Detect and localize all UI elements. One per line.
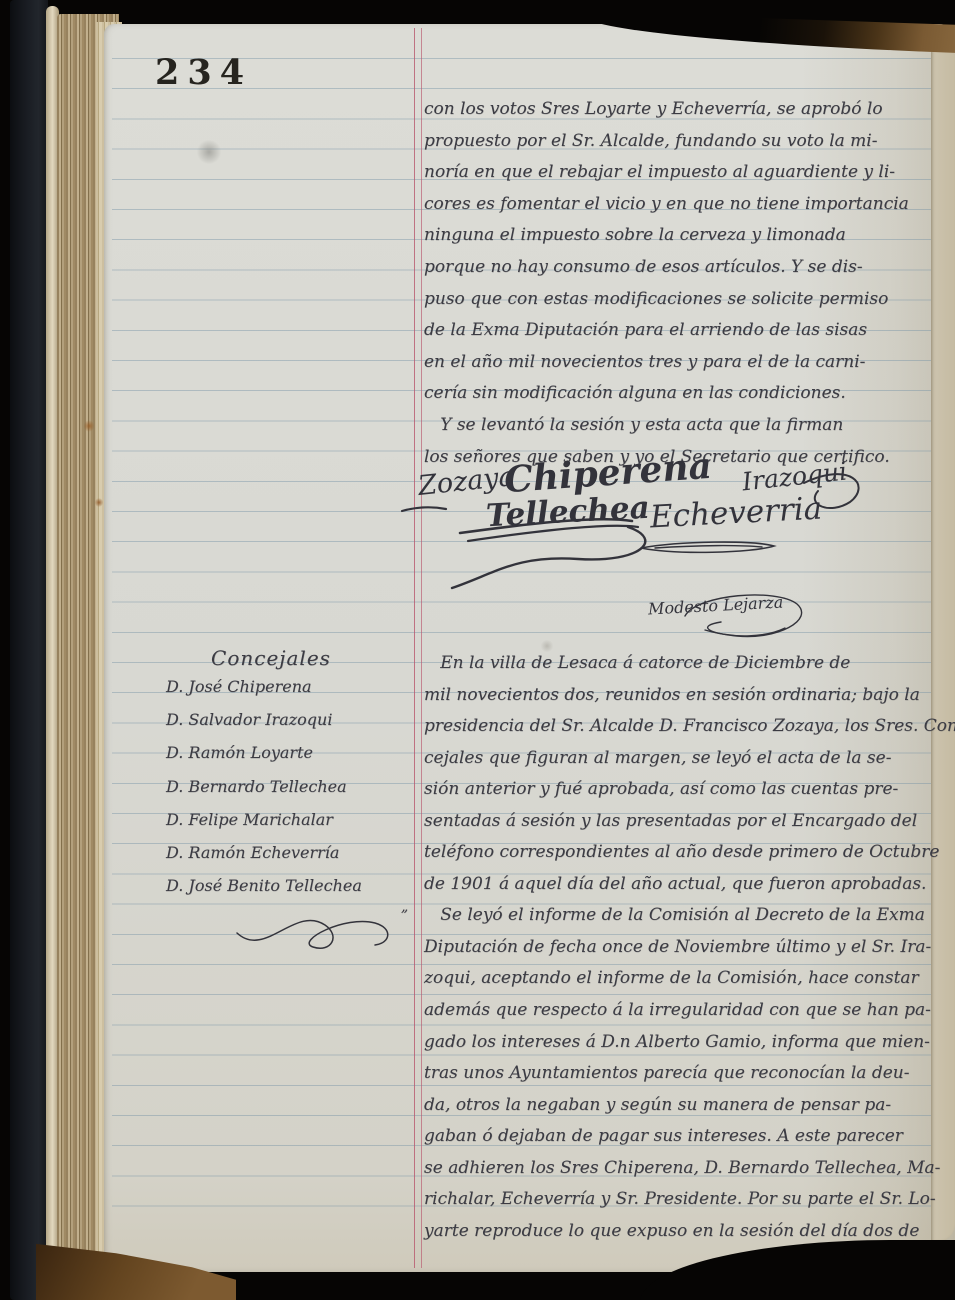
handwritten-line: teléfono correspondientes al año desde p…	[424, 837, 955, 869]
handwritten-line: se adhieren los Sres Chiperena, D. Berna…	[424, 1153, 955, 1185]
act-current-text: En la villa de Lesaca á catorce de Dicie…	[424, 648, 955, 1247]
handwritten-line: ninguna el impuesto sobre la cerveza y l…	[424, 220, 909, 252]
handwritten-line: puso que con estas modificaciones se sol…	[424, 284, 909, 316]
margin-heading: Concejales	[166, 646, 376, 670]
red-margin-rule	[414, 28, 422, 1268]
margin-column: Concejales D. José ChiperenaD. Salvador …	[166, 646, 402, 902]
margin-rubric	[225, 895, 405, 965]
handwritten-line: cores es fomentar el vicio y en que no t…	[424, 189, 909, 221]
handwritten-line: gaban ó dejaban de pagar sus intereses. …	[424, 1121, 955, 1153]
page-number: 234	[155, 52, 252, 93]
handwritten-line: tras unos Ayuntamientos parecía que reco…	[424, 1058, 955, 1090]
council-members-list: D. José ChiperenaD. Salvador IrazoquiD. …	[166, 670, 402, 902]
handwritten-line: propuesto por el Sr. Alcalde, fundando s…	[424, 126, 909, 158]
handwritten-line: con los votos Sres Loyarte y Echeverría,…	[424, 94, 909, 126]
handwritten-line: yarte reproduce lo que expuso en la sesi…	[424, 1216, 955, 1248]
handwritten-line: porque no hay consumo de esos artículos.…	[424, 252, 909, 284]
handwritten-line: presidencia del Sr. Alcalde D. Francisco…	[424, 711, 955, 743]
handwritten-line: da, otros la negaban y según su manera d…	[424, 1090, 955, 1122]
handwritten-line: en el año mil novecientos tres y para el…	[424, 347, 909, 379]
handwritten-line: sión anterior y fué aprobada, así como l…	[424, 774, 955, 806]
book-cover-spine	[10, 0, 48, 1300]
council-member-name: D. Salvador Irazoqui	[166, 703, 402, 736]
foxing-spot	[95, 498, 103, 507]
handwritten-line: cería sin modificación alguna en las con…	[424, 378, 909, 410]
handwritten-line: además que respecto á la irregularidad c…	[424, 995, 955, 1027]
handwritten-line: de 1901 á aquel día del año actual, que …	[424, 869, 955, 901]
handwritten-line: richalar, Echeverría y Sr. Presidente. P…	[424, 1184, 955, 1216]
handwritten-line: sentadas á sesión y las presentadas por …	[424, 806, 955, 838]
handwritten-line: zoqui, aceptando el informe de la Comisi…	[424, 963, 955, 995]
act-previous-text: con los votos Sres Loyarte y Echeverría,…	[424, 94, 909, 473]
handwritten-line: noría en que el rebajar el impuesto al a…	[424, 157, 909, 189]
handwritten-line: cejales que figuran al margen, se leyó e…	[424, 743, 955, 775]
handwritten-line: Y se levantó la sesión y esta acta que l…	[424, 410, 909, 442]
council-member-name: D. José Chiperena	[166, 670, 402, 703]
handwritten-line: En la villa de Lesaca á catorce de Dicie…	[424, 648, 955, 680]
council-member-name: D. Felipe Marichalar	[166, 803, 402, 836]
foxing-spot	[84, 420, 94, 432]
handwritten-line: Diputación de fecha once de Noviembre úl…	[424, 932, 955, 964]
council-member-name: D. Ramón Loyarte	[166, 736, 402, 769]
paragraph-margin-mark: „	[401, 899, 408, 915]
book-scan: 234 con los votos Sres Loyarte y Echever…	[0, 0, 955, 1300]
handwritten-line: de la Exma Diputación para el arriendo d…	[424, 315, 909, 347]
paper-smudge	[196, 140, 222, 164]
handwritten-line: mil novecientos dos, reunidos en sesión …	[424, 680, 955, 712]
council-member-name: D. Ramón Echeverría	[166, 836, 402, 869]
handwritten-line: gado los intereses á D.n Alberto Gamio, …	[424, 1027, 955, 1059]
council-member-name: D. Bernardo Tellechea	[166, 770, 402, 803]
handwritten-line: Se leyó el informe de la Comisión al Dec…	[424, 900, 955, 932]
